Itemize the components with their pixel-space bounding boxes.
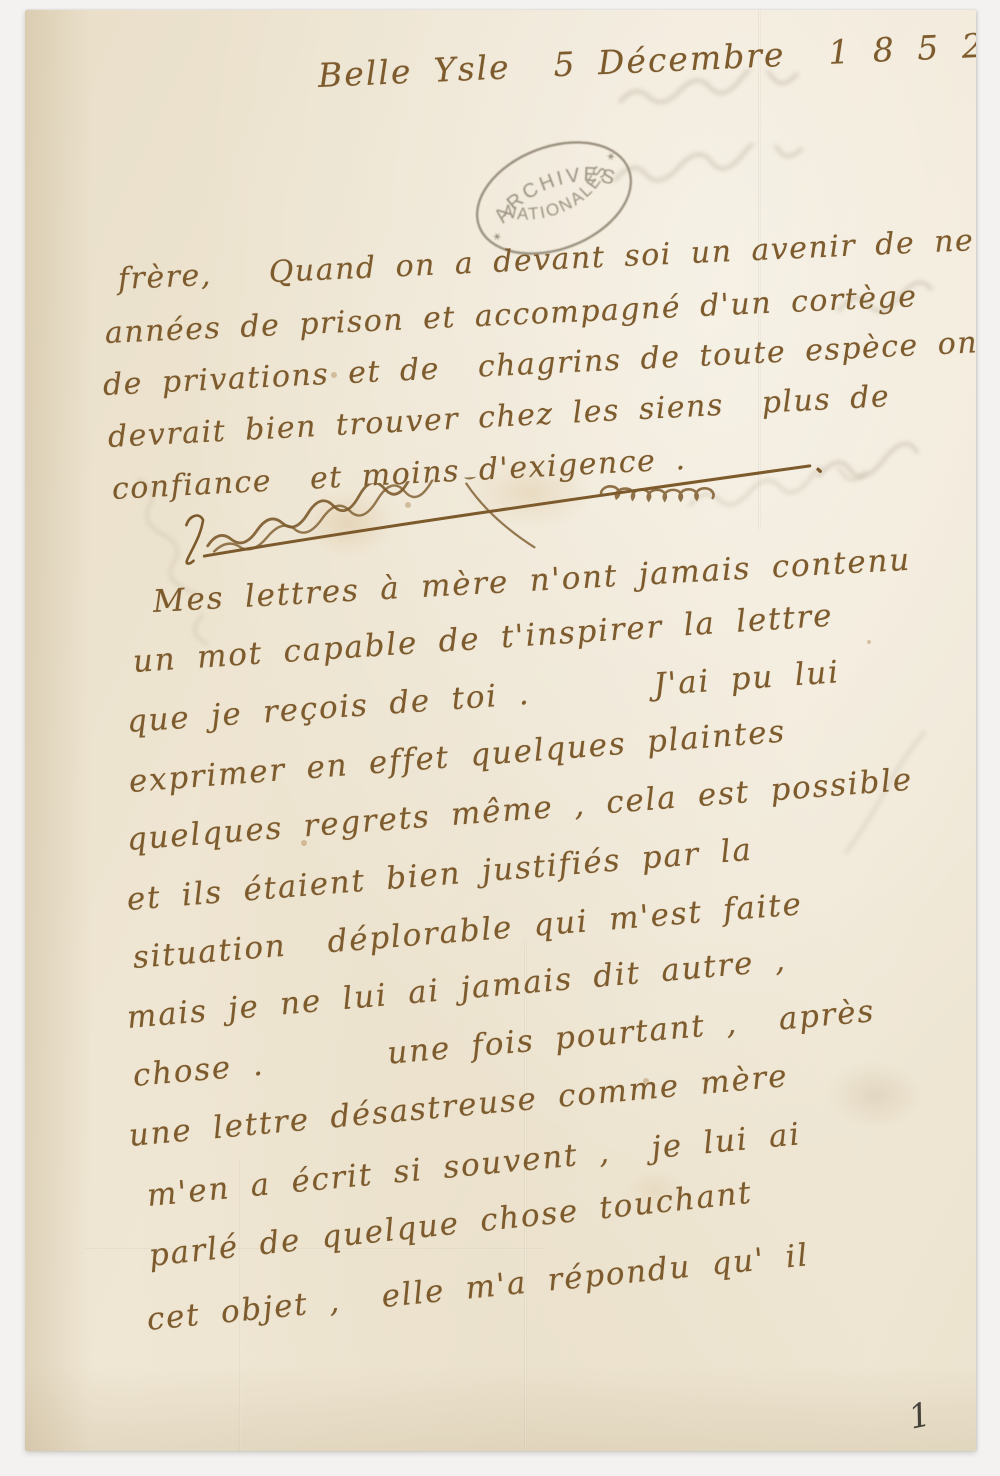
dateline: Belle Ysle 5 Décembre 1 8 5 2 [317, 26, 976, 95]
fold-crease-vertical [758, 10, 761, 530]
ink-bleed-through [810, 412, 960, 518]
ink-bleed-through [608, 131, 933, 229]
stamp-top-label: ARCHIVES [483, 147, 626, 235]
ink-stain [825, 1060, 925, 1130]
stamp-star-icon: ✶ [604, 148, 618, 165]
letter-page: Belle Ysle 5 Décembre 1 8 5 2 ARCHIVES N… [25, 10, 976, 1451]
scanned-letter: Belle Ysle 5 Décembre 1 8 5 2 ARCHIVES N… [0, 0, 1000, 1476]
foxing-spot [867, 640, 871, 644]
page-number: 1 [905, 1394, 934, 1437]
fold-crease-vertical [524, 940, 527, 1451]
